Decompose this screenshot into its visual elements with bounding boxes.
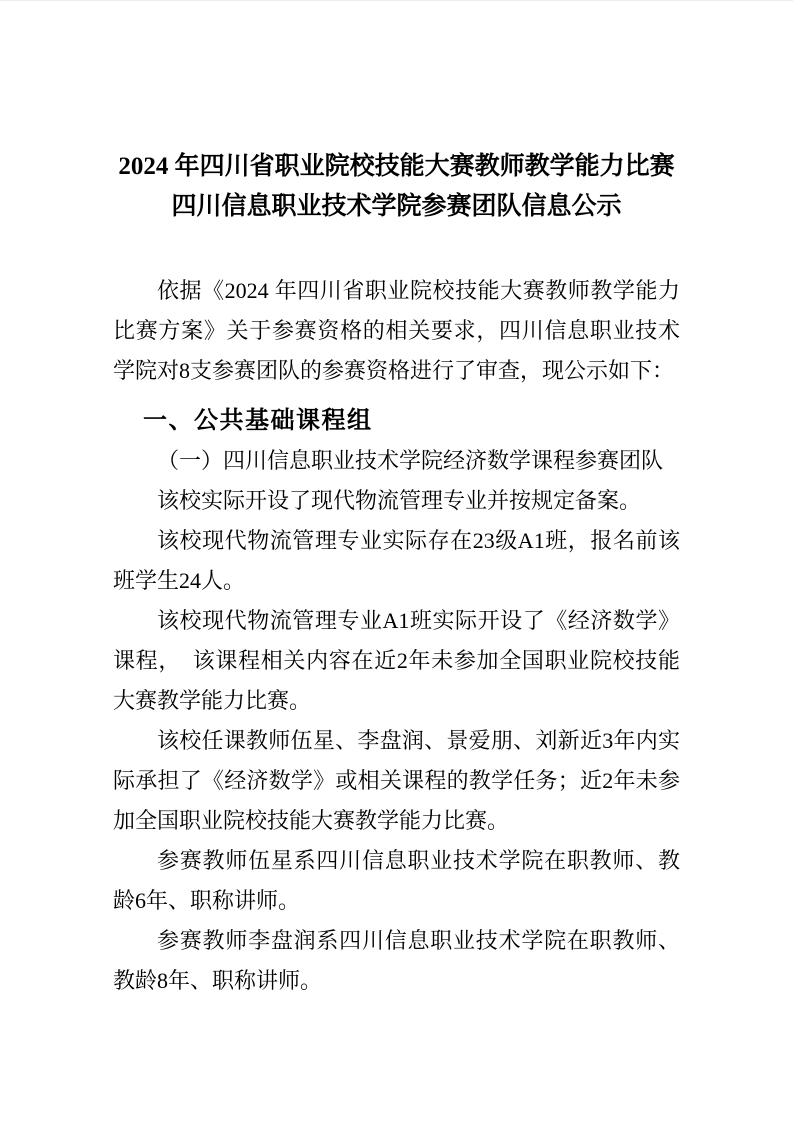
intro-paragraph: 依据《2024 年四川省职业院校技能大赛教师教学能力比赛方案》关于参赛资格的相关…	[113, 271, 680, 391]
paragraph-teacher-lipanrun: 参赛教师李盘润系四川信息职业技术学院在职教师、教龄8年、职称讲师。	[113, 921, 680, 1001]
document-title-line-1: 2024 年四川省职业院校技能大赛教师教学能力比赛	[113, 147, 680, 187]
document-content: 2024 年四川省职业院校技能大赛教师教学能力比赛 四川信息职业技术学院参赛团队…	[0, 147, 793, 1001]
paragraph-class-enrollment: 该校现代物流管理专业实际存在23级A1班，报名前该班学生24人。	[113, 521, 680, 601]
document-page: 2024 年四川省职业院校技能大赛教师教学能力比赛 四川信息职业技术学院参赛团队…	[0, 0, 793, 1122]
paragraph-teachers-qualification: 该校任课教师伍星、李盘润、景爱朋、刘新近3年内实际承担了《经济数学》或相关课程的…	[113, 721, 680, 841]
paragraph-team-name: （一）四川信息职业技术学院经济数学课程参赛团队	[113, 441, 680, 481]
document-title-line-2: 四川信息职业技术学院参赛团队信息公示	[113, 187, 680, 227]
section-heading-public-basic-courses: 一、公共基础课程组	[113, 401, 680, 441]
document-title: 2024 年四川省职业院校技能大赛教师教学能力比赛 四川信息职业技术学院参赛团队…	[113, 147, 680, 227]
paragraph-major-registered: 该校实际开设了现代物流管理专业并按规定备案。	[113, 481, 680, 521]
paragraph-teacher-wuxing: 参赛教师伍星系四川信息职业技术学院在职教师、教龄6年、职称讲师。	[113, 841, 680, 921]
paragraph-course-offering: 该校现代物流管理专业A1班实际开设了《经济数学》课程， 该课程相关内容在近2年未…	[113, 601, 680, 721]
